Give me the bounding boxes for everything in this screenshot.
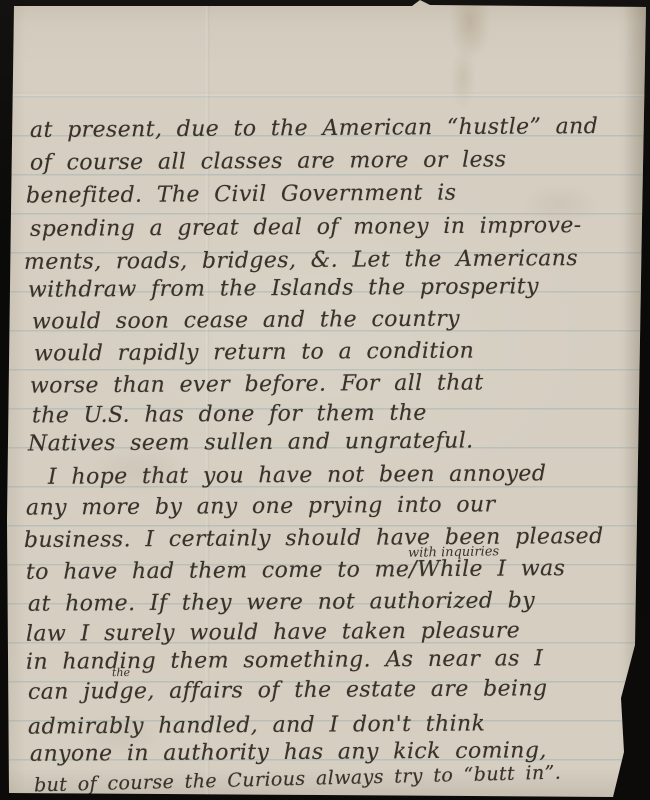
handwritten-line paragraph-indent: I hope that you have not been annoyed — [48, 461, 546, 489]
handwritten-line: anyone in authority has any kick coming, — [30, 738, 547, 767]
handwritten-line: Natives seem sullen and ungrateful. — [28, 428, 474, 456]
handwritten-line: of course all classes are more or less — [30, 147, 507, 175]
handwritten-line: law I surely would have taken pleasure — [26, 618, 520, 646]
handwritten-line: worse than ever before. For all that — [30, 370, 484, 398]
interlinear-insertion: the — [112, 666, 130, 679]
handwritten-line: would soon cease and the country — [32, 307, 460, 335]
handwritten-line: benefited. The Civil Government is — [26, 180, 457, 208]
scan-background: at present, due to the American “hustle”… — [0, 0, 650, 800]
handwritten-line: admirably handled, and I don't think — [28, 711, 485, 739]
handwritten-line: the U.S. has done for them the — [32, 401, 427, 429]
letter-page: at present, due to the American “hustle”… — [0, 0, 650, 800]
interlinear-insertion: with inquiries — [408, 544, 499, 561]
handwritten-line: ments, roads, bridges, &. Let the Americ… — [24, 246, 578, 275]
paper-edge-shadow — [624, 0, 650, 800]
handwritten-line: at present, due to the American “hustle”… — [30, 114, 598, 143]
handwritten-line: any more by any one prying into our — [26, 492, 496, 520]
handwritten-line: withdraw from the Islands the prosperity — [28, 274, 539, 303]
handwritten-line: in handing them something. As near as I — [26, 646, 543, 675]
handwritten-line: would rapidly return to a condition — [34, 338, 474, 366]
handwritten-line: can judge, affairs of the estate are bei… — [28, 676, 548, 705]
fold-crease-horizontal — [0, 92, 650, 99]
handwritten-line: business. I certainly should have been p… — [24, 524, 604, 553]
handwritten-line: at home. If they were not authorized by — [28, 588, 535, 617]
handwritten-line: spending a great deal of money in improv… — [30, 213, 582, 242]
handwritten-line: to have had them come to me/While I was — [26, 556, 565, 585]
